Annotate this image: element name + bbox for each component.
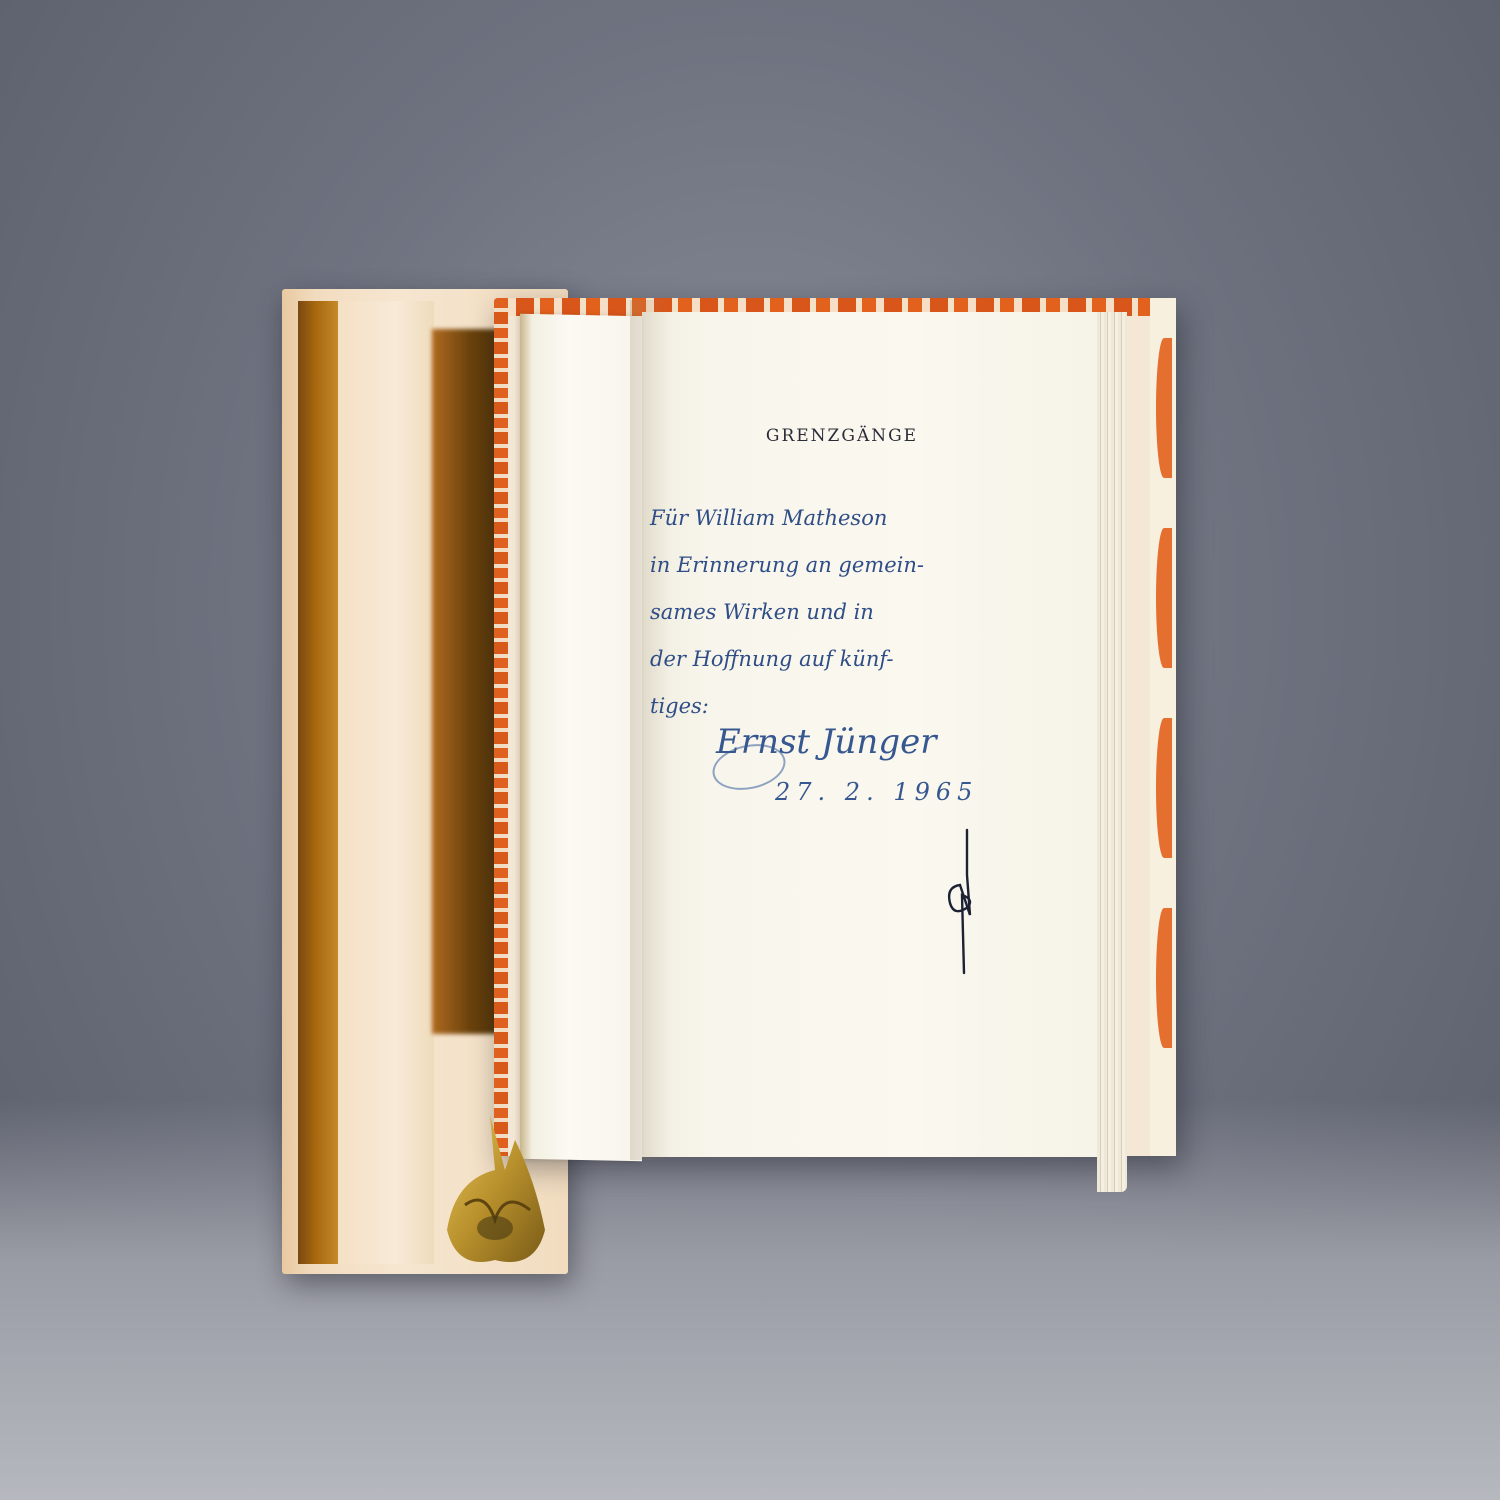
book-title: GRENZGÄNGE [642, 426, 1042, 446]
page-block-edges [1097, 312, 1127, 1192]
cover-wave-shape [1156, 338, 1172, 478]
cover-pattern-right [1150, 298, 1176, 1156]
inscription-line: sames Wirken und in [650, 589, 1050, 636]
inscription-date: 27. 2. 1965 [775, 778, 978, 806]
handwritten-inscription: Für William Matheson in Erinnerung an ge… [650, 495, 1050, 730]
inscription-line: in Erinnerung an gemein- [650, 542, 1050, 589]
cover-pattern-left [494, 298, 508, 1156]
monogram-icon [940, 825, 980, 975]
cover-wave-shape [1156, 718, 1172, 858]
gold-clip-icon [435, 1110, 555, 1280]
author-signature: Ernst Jünger [716, 722, 936, 762]
inscription-line: Für William Matheson [650, 495, 1050, 542]
slipcase-inner-wall [298, 301, 338, 1264]
cover-wave-shape [1156, 528, 1172, 668]
inscription-line: der Hoffnung auf künf- [650, 636, 1050, 683]
blank-left-page [520, 314, 642, 1162]
cover-wave-shape [1156, 908, 1172, 1048]
photo-scene: GRENZGÄNGE Für William Matheson in Erinn… [0, 0, 1500, 1500]
slipcase-front-edge [338, 301, 434, 1264]
